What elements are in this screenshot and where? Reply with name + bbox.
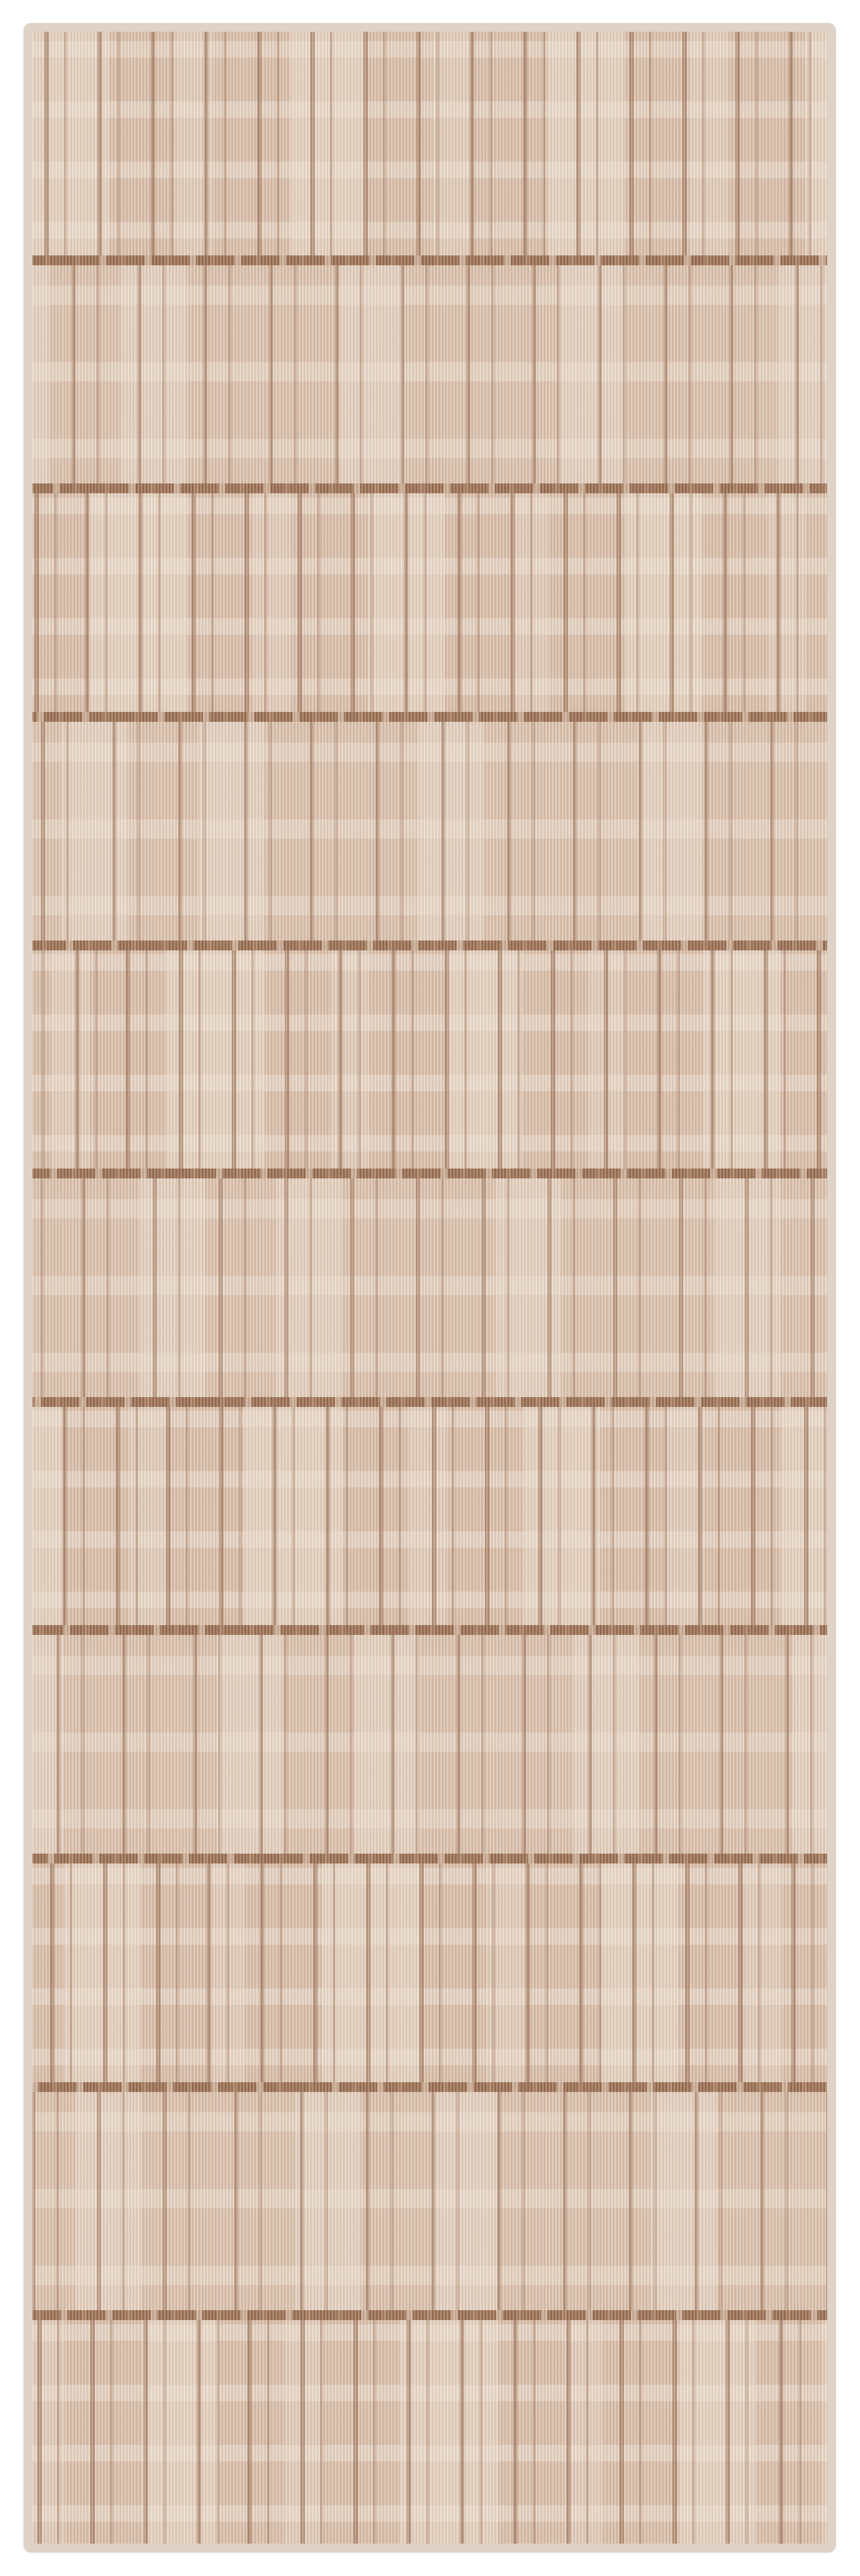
rug-pattern-band bbox=[32, 945, 827, 1174]
rug-pattern-band bbox=[32, 32, 827, 260]
rug-band-divider bbox=[32, 2082, 827, 2092]
rug-band-divider bbox=[32, 712, 827, 722]
rug-field bbox=[32, 32, 827, 2544]
runner-rug bbox=[24, 23, 836, 2552]
rug-pattern-band bbox=[32, 1173, 827, 1402]
rug-band-divider bbox=[32, 1854, 827, 1863]
rug-pattern-band bbox=[32, 2315, 827, 2544]
rug-band-divider bbox=[32, 1169, 827, 1178]
rug-band-divider bbox=[32, 483, 827, 493]
rug-band-divider bbox=[32, 255, 827, 265]
rug-pattern-band bbox=[32, 1630, 827, 1859]
rug-pattern-band bbox=[32, 2087, 827, 2316]
rug-band-divider bbox=[32, 1625, 827, 1635]
rug-band-divider bbox=[32, 2310, 827, 2320]
rug-pattern-band bbox=[32, 717, 827, 945]
rug-pattern-band bbox=[32, 1859, 827, 2087]
rug-pattern-band bbox=[32, 1402, 827, 1631]
rug-band-divider bbox=[32, 1397, 827, 1407]
rug-pattern-band bbox=[32, 488, 827, 717]
rug-band-divider bbox=[32, 941, 827, 950]
rug-pattern-band bbox=[32, 260, 827, 489]
